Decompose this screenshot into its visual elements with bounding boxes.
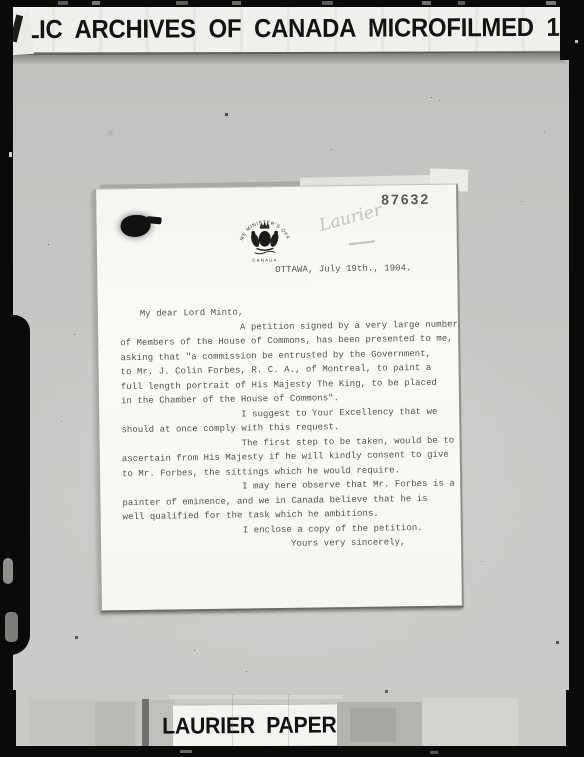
film-mark (430, 751, 438, 754)
film-speck (575, 40, 578, 43)
tape-edge-mark (142, 699, 149, 747)
shield-icon (259, 231, 271, 247)
film-blemish (3, 558, 13, 584)
footer-label: LAURIER PAPERS (172, 703, 340, 747)
film-mark (58, 1, 68, 5)
tape-patch (95, 702, 135, 746)
banner-shadow (10, 52, 566, 65)
letter-body: My dear Lord Minto, A petition signed by… (98, 302, 461, 554)
scroll-icon (255, 251, 275, 254)
header-banner-label: PUBLIC ARCHIVES OF CANADA MICROFILMED 19… (0, 12, 584, 46)
letter-page: 87632 Laurier PRIME MINISTER'S OFFICE CA… (94, 183, 464, 612)
pencil-underline (349, 240, 375, 245)
film-mark (92, 1, 100, 5)
body-line: I suggest to Your Excellency that we (241, 404, 459, 422)
film-edge-bottom (0, 746, 584, 757)
film-speck (9, 152, 12, 157)
tape-patch (422, 698, 518, 748)
film-mark (180, 750, 192, 753)
film-mark (232, 1, 241, 5)
microfilm-frame: 87632 Laurier PRIME MINISTER'S OFFICE CA… (0, 0, 584, 757)
footer-label-text: LAURIER PAPERS (162, 711, 350, 739)
film-edge-right (569, 0, 584, 757)
film-mark (322, 1, 333, 5)
film-edge-top (0, 0, 584, 7)
film-corner (560, 0, 584, 60)
film-mark (176, 1, 188, 5)
film-mark (458, 1, 465, 5)
tape-patch (337, 702, 423, 748)
pencil-annotation: Laurier (317, 200, 384, 236)
footer-strip: LAURIER PAPERS (14, 694, 566, 748)
dateline: OTTAWA, July 19th., 1904. (275, 263, 411, 275)
header-banner: PUBLIC ARCHIVES OF CANADA MICROFILMED 19… (8, 4, 566, 55)
tape-fold-line (288, 694, 289, 748)
tape-fold-line (232, 694, 233, 748)
tape-patch-inner (350, 708, 396, 742)
tape-edge (170, 695, 342, 699)
page-number-stamp: 87632 (381, 191, 430, 208)
film-mark (546, 1, 556, 5)
closing: Yours very sincerely, (291, 534, 461, 551)
crest-country-text: CANADA (252, 257, 277, 262)
film-mark (422, 1, 431, 5)
film-blemish (5, 612, 18, 642)
ink-blot (120, 215, 150, 237)
film-edge-left-bulge (0, 315, 30, 655)
